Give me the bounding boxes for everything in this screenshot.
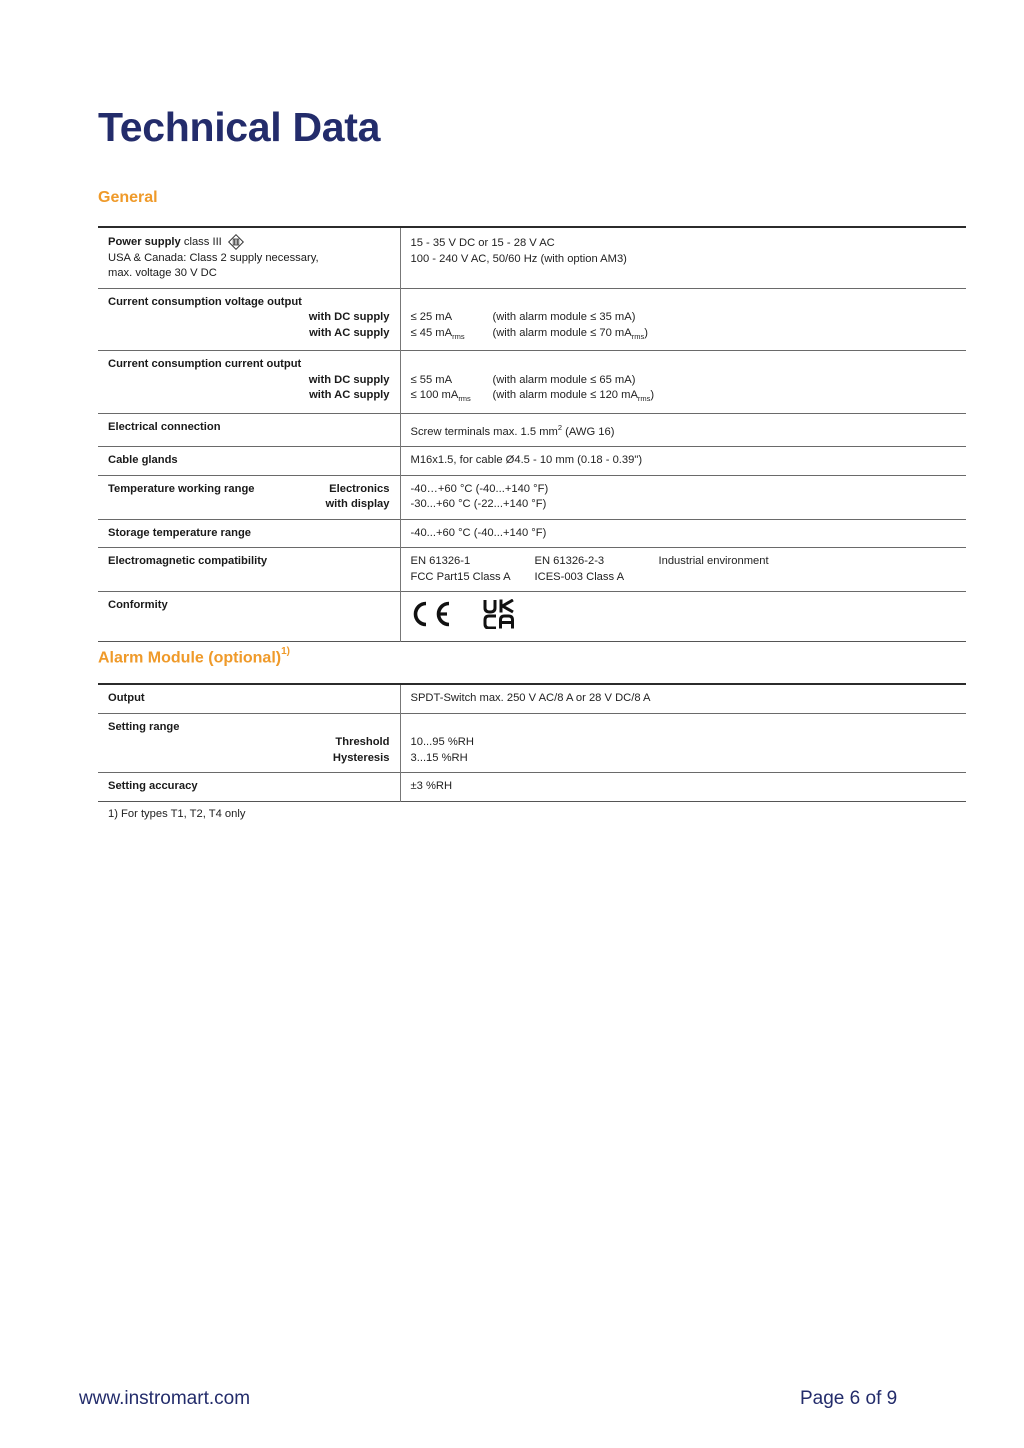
table-row-current-current-output: Current consumption current output with …	[98, 351, 966, 414]
ac-supply-label: with AC supply	[108, 388, 390, 404]
table-row-conformity: Conformity	[98, 592, 966, 642]
page-title: Technical Data	[98, 104, 380, 151]
cable-glands-value: M16x1.5, for cable Ø4.5 - 10 mm (0.18 - …	[400, 447, 966, 476]
ce-mark-icon	[411, 600, 453, 634]
table-row-setting-range: Setting range Threshold Hysteresis 10...…	[98, 713, 966, 773]
power-supply-class: class III	[184, 236, 222, 248]
footnote: 1) For types T1, T2, T4 only	[108, 808, 245, 820]
output-value: SPDT-Switch max. 250 V AC/8 A or 28 V DC…	[400, 684, 966, 713]
table-row-electrical-connection: Electrical connection Screw terminals ma…	[98, 413, 966, 447]
storage-temperature-value: -40...+60 °C (-40...+140 °F)	[400, 519, 966, 548]
section-heading-general: General	[98, 189, 158, 207]
current-current-output-label: Current consumption current output	[108, 357, 390, 373]
storage-temperature-label: Storage temperature range	[98, 519, 400, 548]
hysteresis-label: Hysteresis	[108, 751, 390, 767]
dc-supply-label: with DC supply	[108, 310, 390, 326]
current-voltage-output-label: Current consumption voltage output	[108, 295, 390, 311]
setting-accuracy-label: Setting accuracy	[98, 773, 400, 802]
setting-accuracy-value: ±3 %RH	[400, 773, 966, 802]
with-display-label: with display	[108, 497, 390, 513]
alarm-module-spec-table: Output SPDT-Switch max. 250 V AC/8 A or …	[98, 683, 966, 802]
current-output-dc-value: ≤ 55 mA (with alarm module ≤ 65 mA)	[411, 373, 957, 389]
table-row-setting-accuracy: Setting accuracy ±3 %RH	[98, 773, 966, 802]
table-row-emc: Electromagnetic compatibility EN 61326-1…	[98, 548, 966, 592]
emc-label: Electromagnetic compatibility	[98, 548, 400, 592]
class-iii-icon	[228, 234, 244, 250]
voltage-output-ac-value: ≤ 45 mArms (with alarm module ≤ 70 mArms…	[411, 326, 957, 345]
website-link[interactable]: www.instromart.com	[79, 1388, 250, 1410]
ac-supply-label: with AC supply	[108, 326, 390, 342]
threshold-value: 10...95 %RH	[411, 735, 957, 751]
table-row-output: Output SPDT-Switch max. 250 V AC/8 A or …	[98, 684, 966, 713]
table-row-power-supply: Power supply class III USA & Canada: Cla…	[98, 227, 966, 288]
electrical-connection-label: Electrical connection	[98, 413, 400, 447]
table-row-storage-temperature: Storage temperature range -40...+60 °C (…	[98, 519, 966, 548]
section-heading-alarm-module: Alarm Module (optional)1)	[98, 648, 290, 667]
temperature-display-value: -30...+60 °C (-22...+140 °F)	[411, 497, 957, 513]
threshold-label: Threshold	[108, 735, 390, 751]
page-indicator: Page 6 of 9	[800, 1388, 897, 1410]
current-output-ac-value: ≤ 100 mArms (with alarm module ≤ 120 mAr…	[411, 388, 957, 407]
power-supply-label: Power supply	[108, 236, 181, 248]
power-supply-note-2: max. voltage 30 V DC	[108, 266, 390, 282]
general-spec-table: Power supply class III USA & Canada: Cla…	[98, 226, 966, 642]
electronics-label: Electronics	[329, 482, 389, 498]
temperature-working-range-label: Temperature working range	[108, 482, 255, 498]
power-supply-value-2: 100 - 240 V AC, 50/60 Hz (with option AM…	[411, 252, 957, 268]
table-row-current-voltage-output: Current consumption voltage output with …	[98, 288, 966, 351]
cable-glands-label: Cable glands	[98, 447, 400, 476]
emc-standards: EN 61326-1 EN 61326-2-3 Industrial envir…	[411, 554, 957, 585]
ukca-mark-icon	[483, 599, 515, 635]
temperature-electronics-value: -40…+60 °C (-40...+140 °F)	[411, 482, 957, 498]
conformity-label: Conformity	[98, 592, 400, 642]
table-row-cable-glands: Cable glands M16x1.5, for cable Ø4.5 - 1…	[98, 447, 966, 476]
setting-range-label: Setting range	[108, 720, 390, 736]
power-supply-note-1: USA & Canada: Class 2 supply necessary,	[108, 251, 390, 267]
dc-supply-label: with DC supply	[108, 373, 390, 389]
power-supply-value-1: 15 - 35 V DC or 15 - 28 V AC	[411, 236, 957, 252]
hysteresis-value: 3...15 %RH	[411, 751, 957, 767]
table-row-temperature-working-range: Temperature working range Electronics wi…	[98, 475, 966, 519]
voltage-output-dc-value: ≤ 25 mA (with alarm module ≤ 35 mA)	[411, 310, 957, 326]
electrical-connection-value: Screw terminals max. 1.5 mm2 (AWG 16)	[400, 413, 966, 447]
output-label: Output	[98, 684, 400, 713]
